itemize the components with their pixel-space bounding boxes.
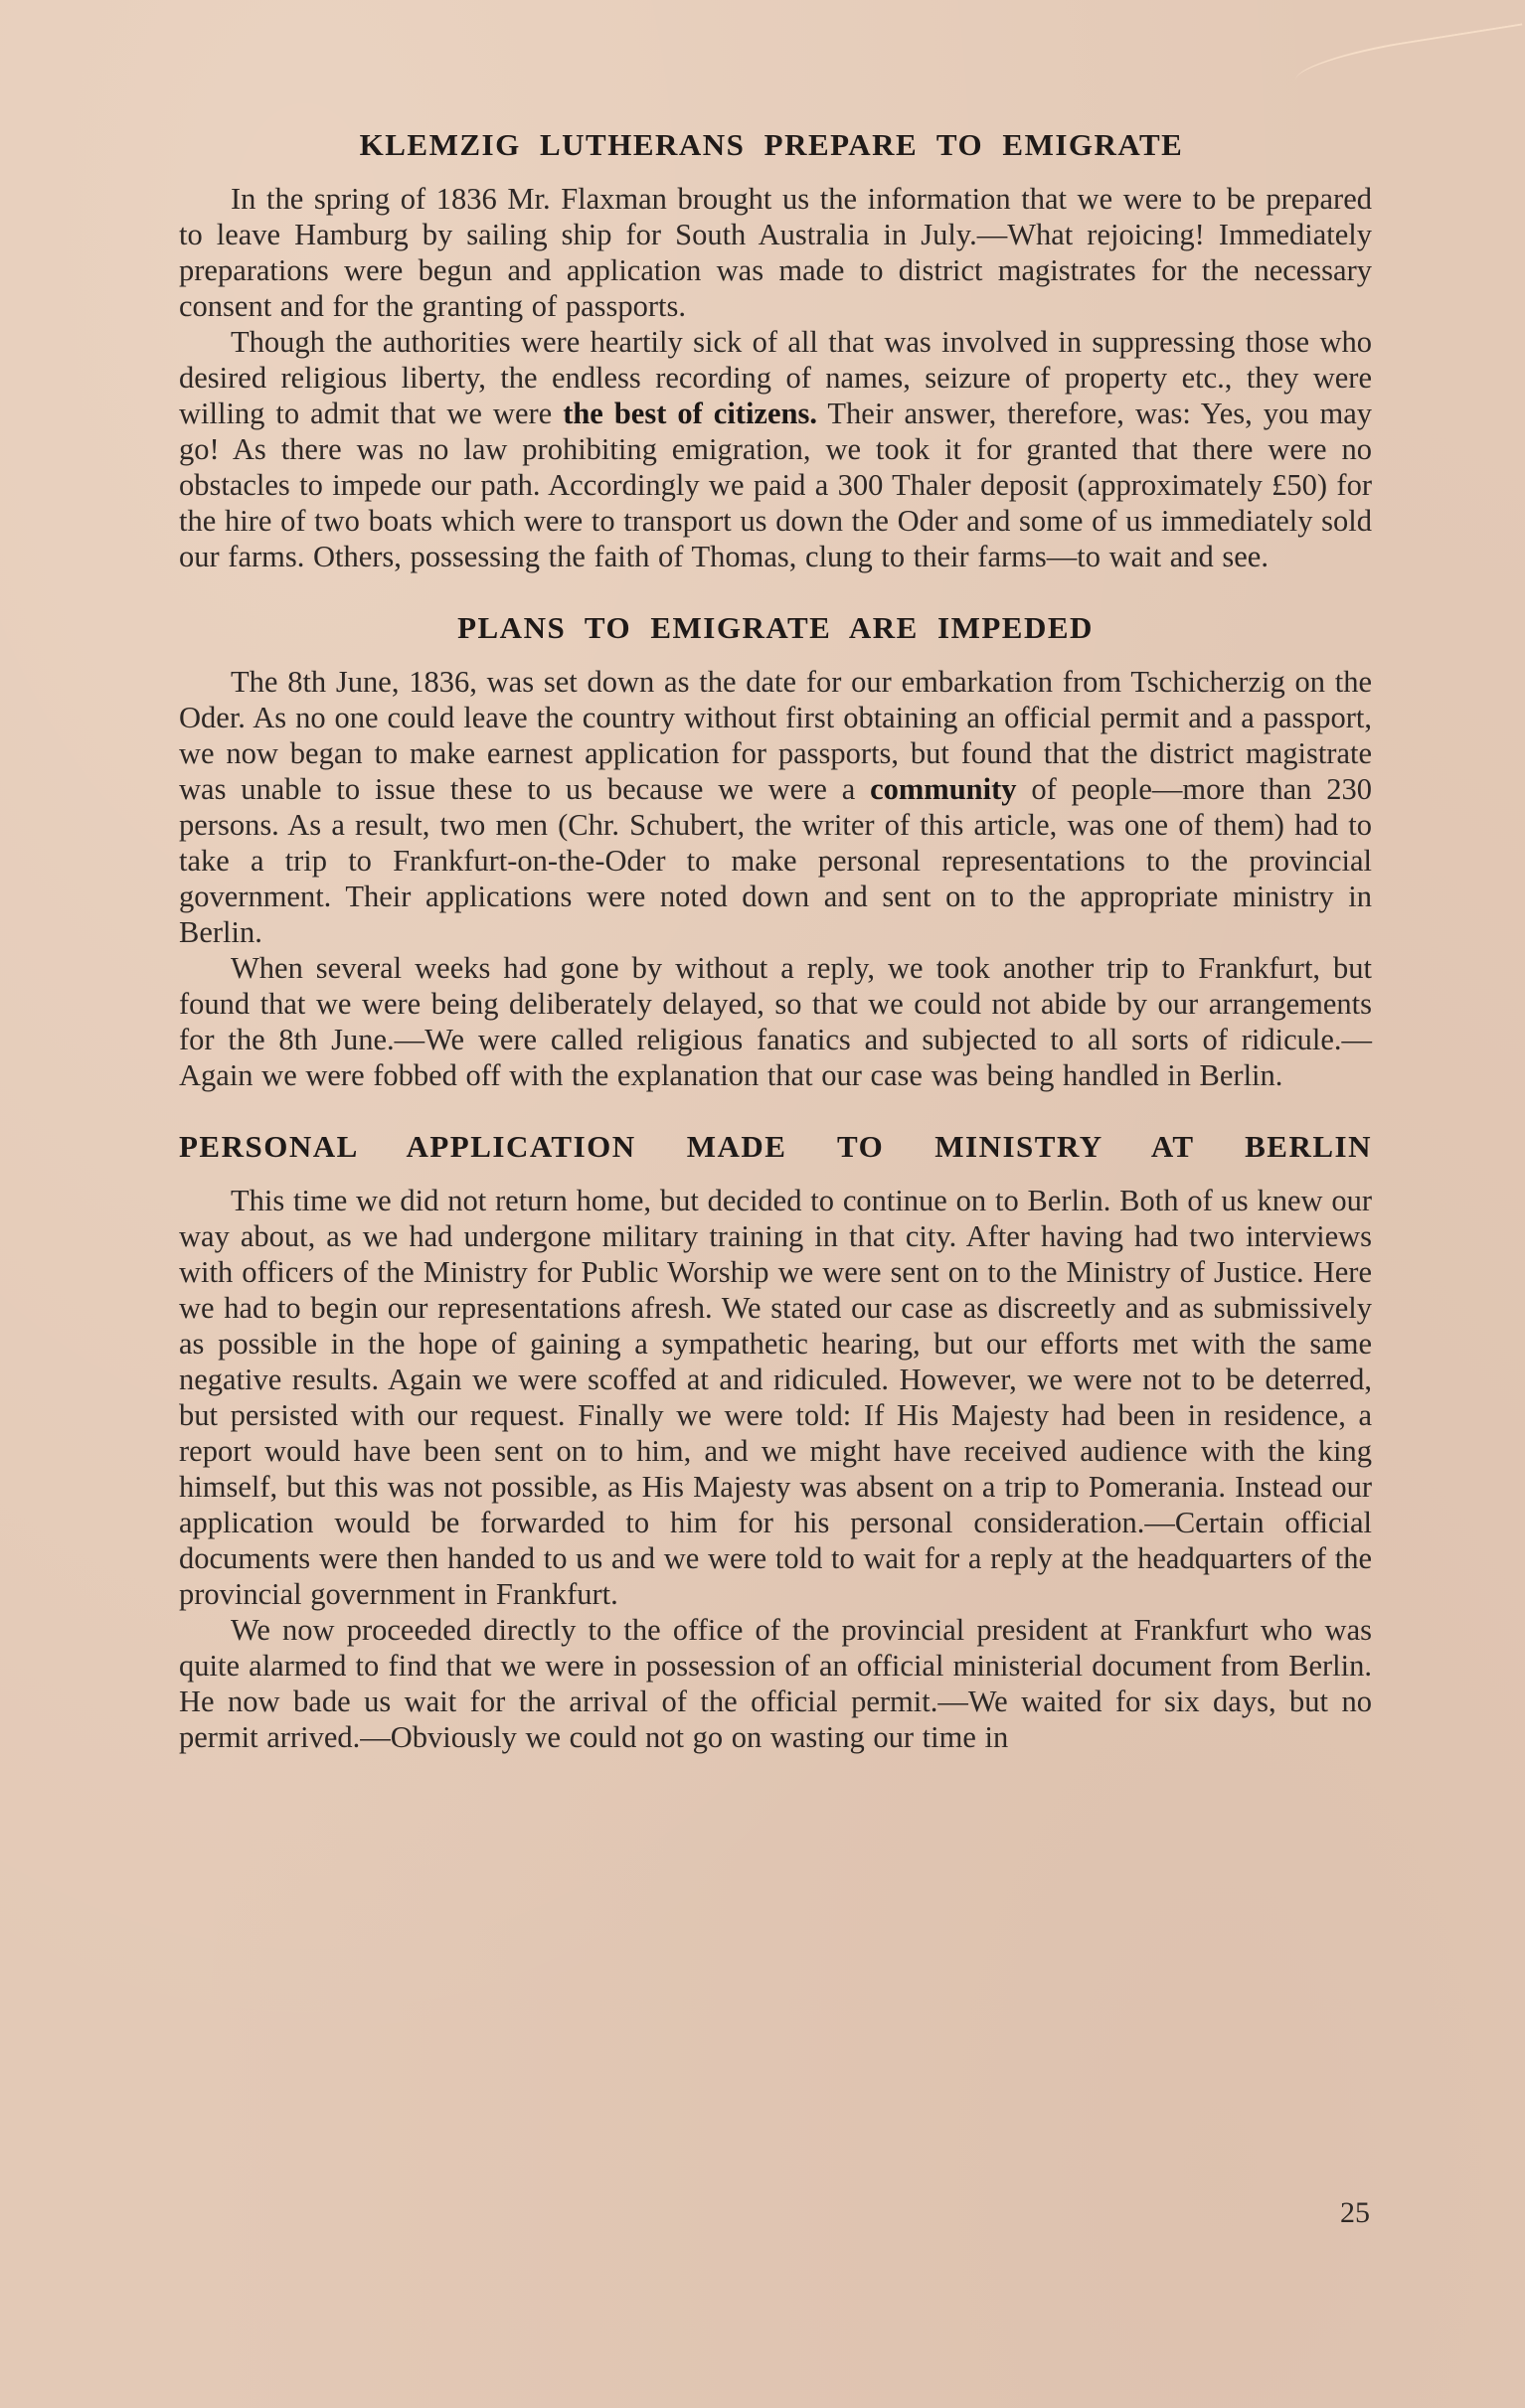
section-plans-impeded: PLANS TO EMIGRATE ARE IMPEDED The 8th Ju…	[179, 610, 1372, 1093]
book-page: KLEMZIG LUTHERANS PREPARE TO EMIGRATE In…	[179, 127, 1372, 1755]
section-heading: KLEMZIG LUTHERANS PREPARE TO EMIGRATE	[171, 127, 1372, 163]
section-heading: PLANS TO EMIGRATE ARE IMPEDED	[179, 610, 1372, 646]
paragraph: The 8th June, 1836, was set down as the …	[179, 664, 1372, 950]
paragraph: When several weeks had gone by without a…	[179, 950, 1372, 1093]
paragraph: We now proceeded directly to the office …	[179, 1612, 1372, 1755]
bold-phrase: the best of citizens.	[563, 397, 817, 430]
section-heading: PERSONAL APPLICATION MADE TO MINISTRY AT…	[179, 1129, 1372, 1165]
paragraph: This time we did not return home, but de…	[179, 1183, 1372, 1612]
paper-crease	[1292, 23, 1525, 100]
paragraph: Though the authorities were heartily sic…	[179, 324, 1372, 574]
page-number: 25	[1340, 2196, 1370, 2230]
section-personal-application: PERSONAL APPLICATION MADE TO MINISTRY AT…	[179, 1129, 1372, 1755]
section-prepare-to-emigrate: KLEMZIG LUTHERANS PREPARE TO EMIGRATE In…	[179, 127, 1372, 574]
paragraph: In the spring of 1836 Mr. Flaxman brough…	[179, 181, 1372, 324]
bold-phrase: community	[870, 772, 1016, 806]
